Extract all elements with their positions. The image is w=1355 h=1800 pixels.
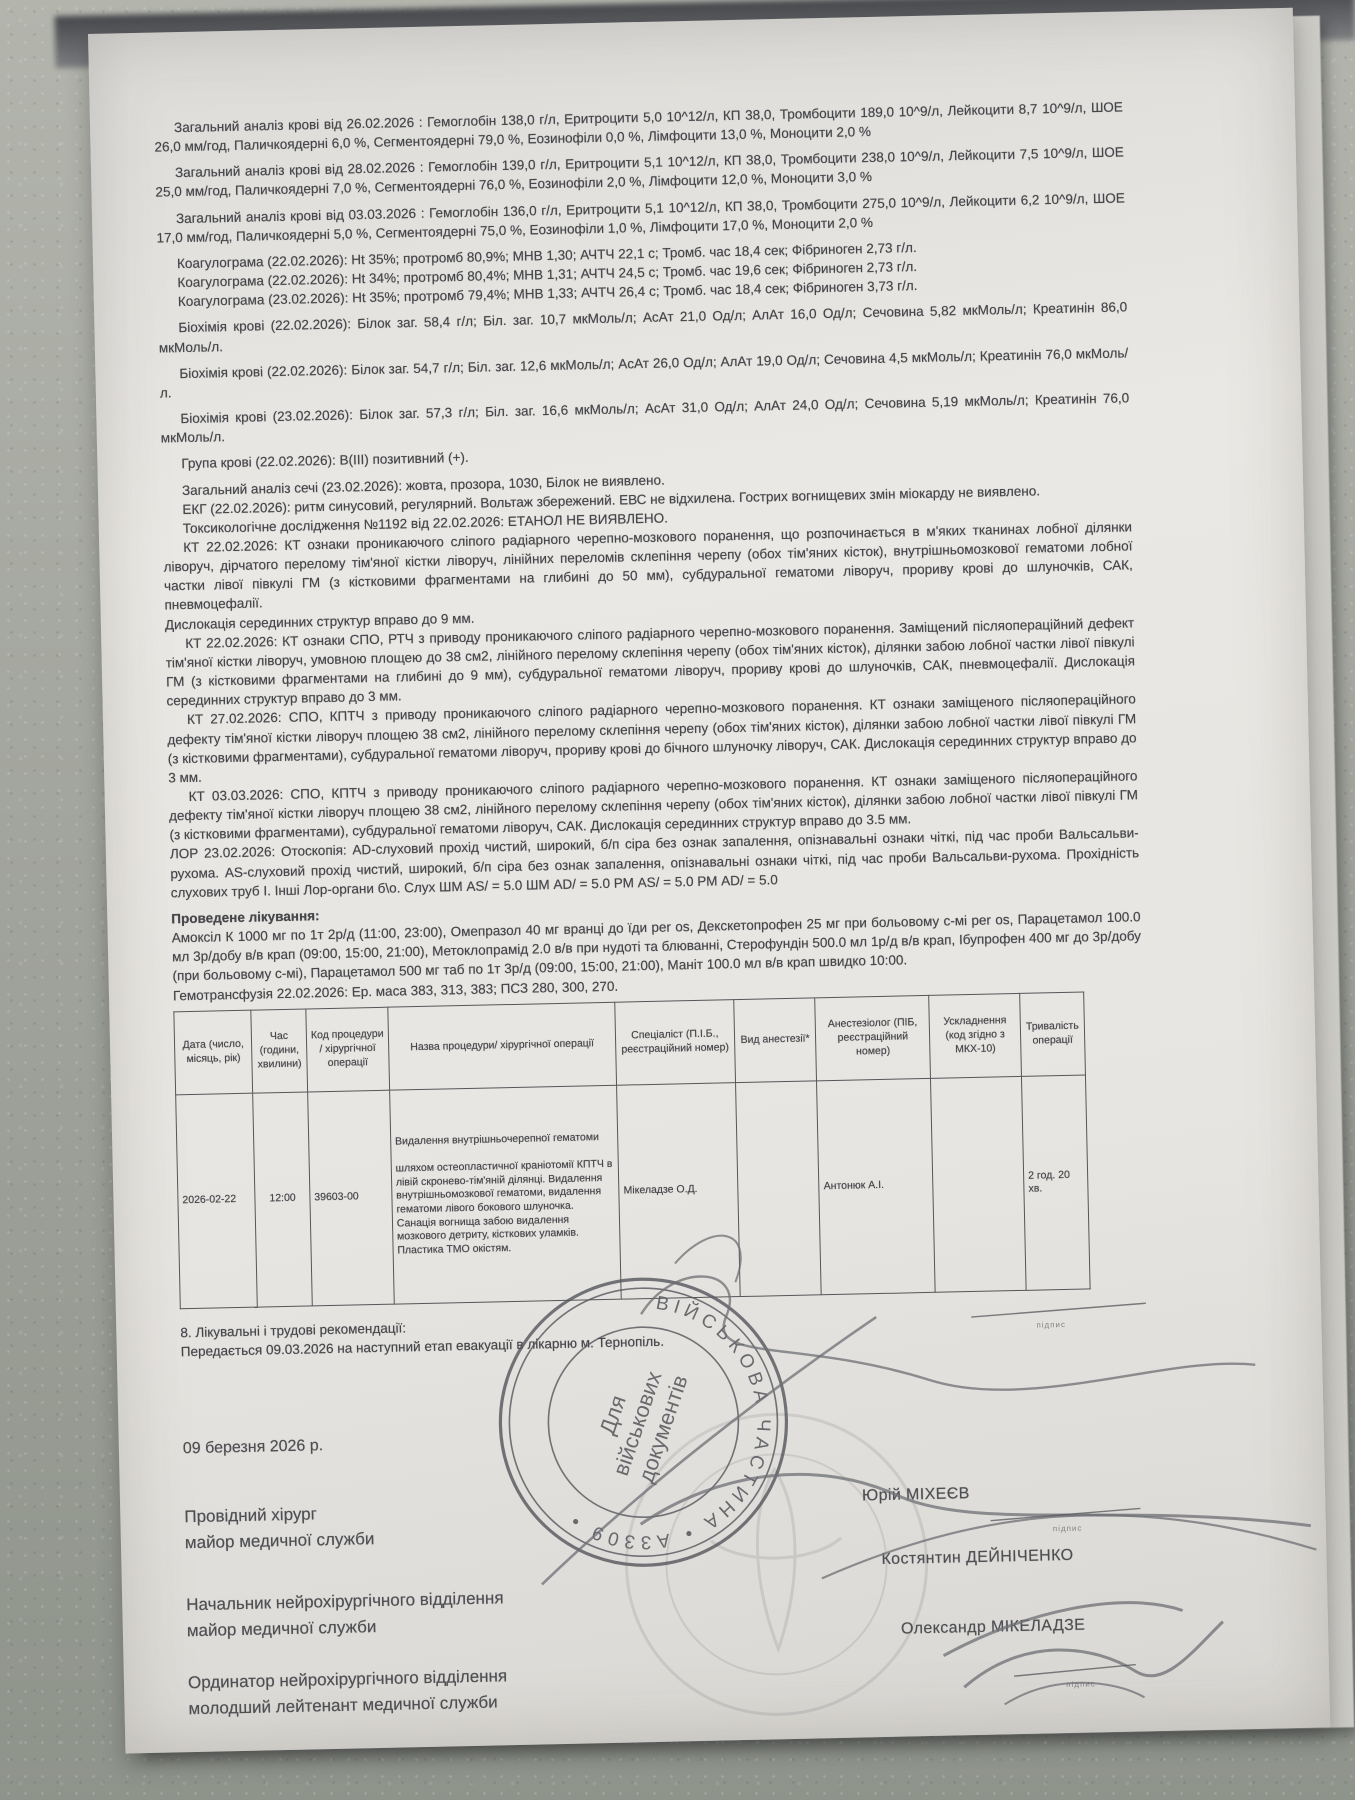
document-body-text: Загальний аналіз крові від 26.02.2026 : … (88, 8, 1322, 1363)
cell-time: 12:00 (253, 1092, 312, 1307)
surgery-table-row: 2026-02-22 12:00 39603-00 Видалення внут… (176, 1075, 1090, 1309)
col-duration: Тривалість операції (1020, 992, 1086, 1076)
col-anesthesia: Вид анестезії* (733, 998, 817, 1083)
surgery-table: Дата (число, місяць, рік) Час (години, х… (173, 991, 1090, 1309)
document-page: Загальний аналіз крові від 26.02.2026 : … (88, 8, 1330, 1754)
signature-label-3: підпис (1066, 1679, 1096, 1689)
signatory-2-title: Начальник нейрохірургічного відділення м… (186, 1585, 504, 1643)
cell-anesthesia-type (735, 1081, 822, 1297)
signatory-2-name: Костянтин ДЕЙНІЧЕНКО (881, 1547, 1073, 1569)
cell-duration: 2 год. 20 хв. (1022, 1075, 1090, 1290)
cell-anesthesiologist: Антонюк А.І. (817, 1078, 935, 1294)
col-name: Назва процедури/ хірургічної операції (388, 1002, 617, 1090)
signature-line-3 (1014, 1665, 1136, 1677)
col-anesthesiologist: Анестезіолог (ПІБ, реєстраційний номер) (815, 995, 931, 1080)
col-complications: Ускладнення (код згідно з МКХ-10) (929, 993, 1022, 1078)
col-code: Код процедури / хірургічної операції (306, 1007, 390, 1092)
signatory-1-rank: майор медичної служби (185, 1526, 375, 1556)
signatory-3-title: Ординатор нейрохірургічного відділення м… (188, 1663, 508, 1721)
signature-label-2: підпис (1053, 1524, 1083, 1534)
col-date: Дата (число, місяць, рік) (174, 1010, 253, 1095)
signature-line-2 (990, 1508, 1140, 1520)
cell-procedure-name: Видалення внутрішньочерепної гематоми шл… (389, 1085, 621, 1304)
cell-code: 39603-00 (308, 1090, 395, 1306)
cell-date: 2026-02-22 (176, 1093, 258, 1309)
col-time: Час (години, хвилини) (251, 1009, 307, 1093)
cell-specialist: Мікеладзе О.Д. (617, 1082, 740, 1299)
document-date: 09 березня 2026 р. (183, 1437, 324, 1458)
signatory-1-title: Провідний хірург майор медичної служби (184, 1500, 375, 1555)
photo-of-medical-document: { "colors":{"paper":"#e8e6e2","backgroun… (0, 0, 1355, 1800)
signatory-1-name: Юрій МІХЕЄВ (862, 1485, 970, 1505)
col-specialist: Спеціаліст (П.І.Б., реєстраційний номер) (615, 999, 735, 1085)
cell-complications (931, 1076, 1027, 1292)
signatory-3-name: Олександр МІКЕЛАДЗЕ (901, 1617, 1086, 1639)
stamp-center-text: Для військових документів (583, 1354, 693, 1487)
